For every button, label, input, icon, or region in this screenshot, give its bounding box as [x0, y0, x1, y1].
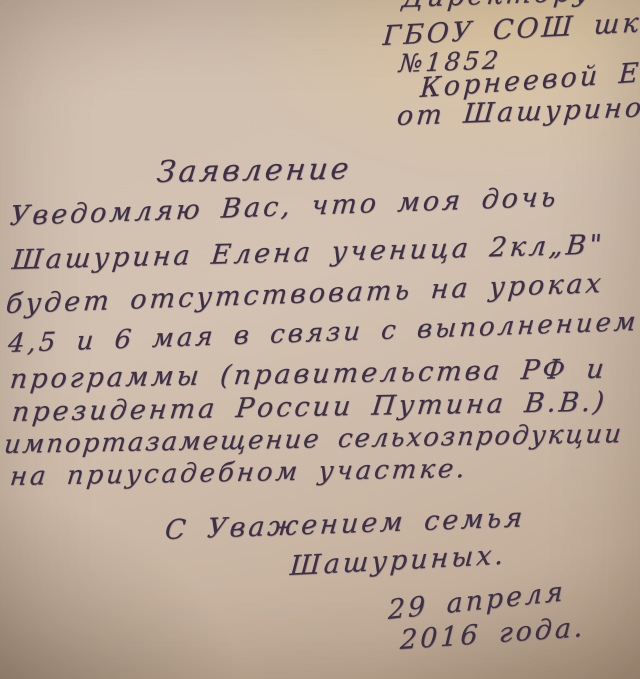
document-title: Заявление — [155, 153, 353, 189]
handwritten-note-photo: Директору ГБОУ СОШ шк. №1852 Корнеевой Е… — [0, 0, 640, 679]
